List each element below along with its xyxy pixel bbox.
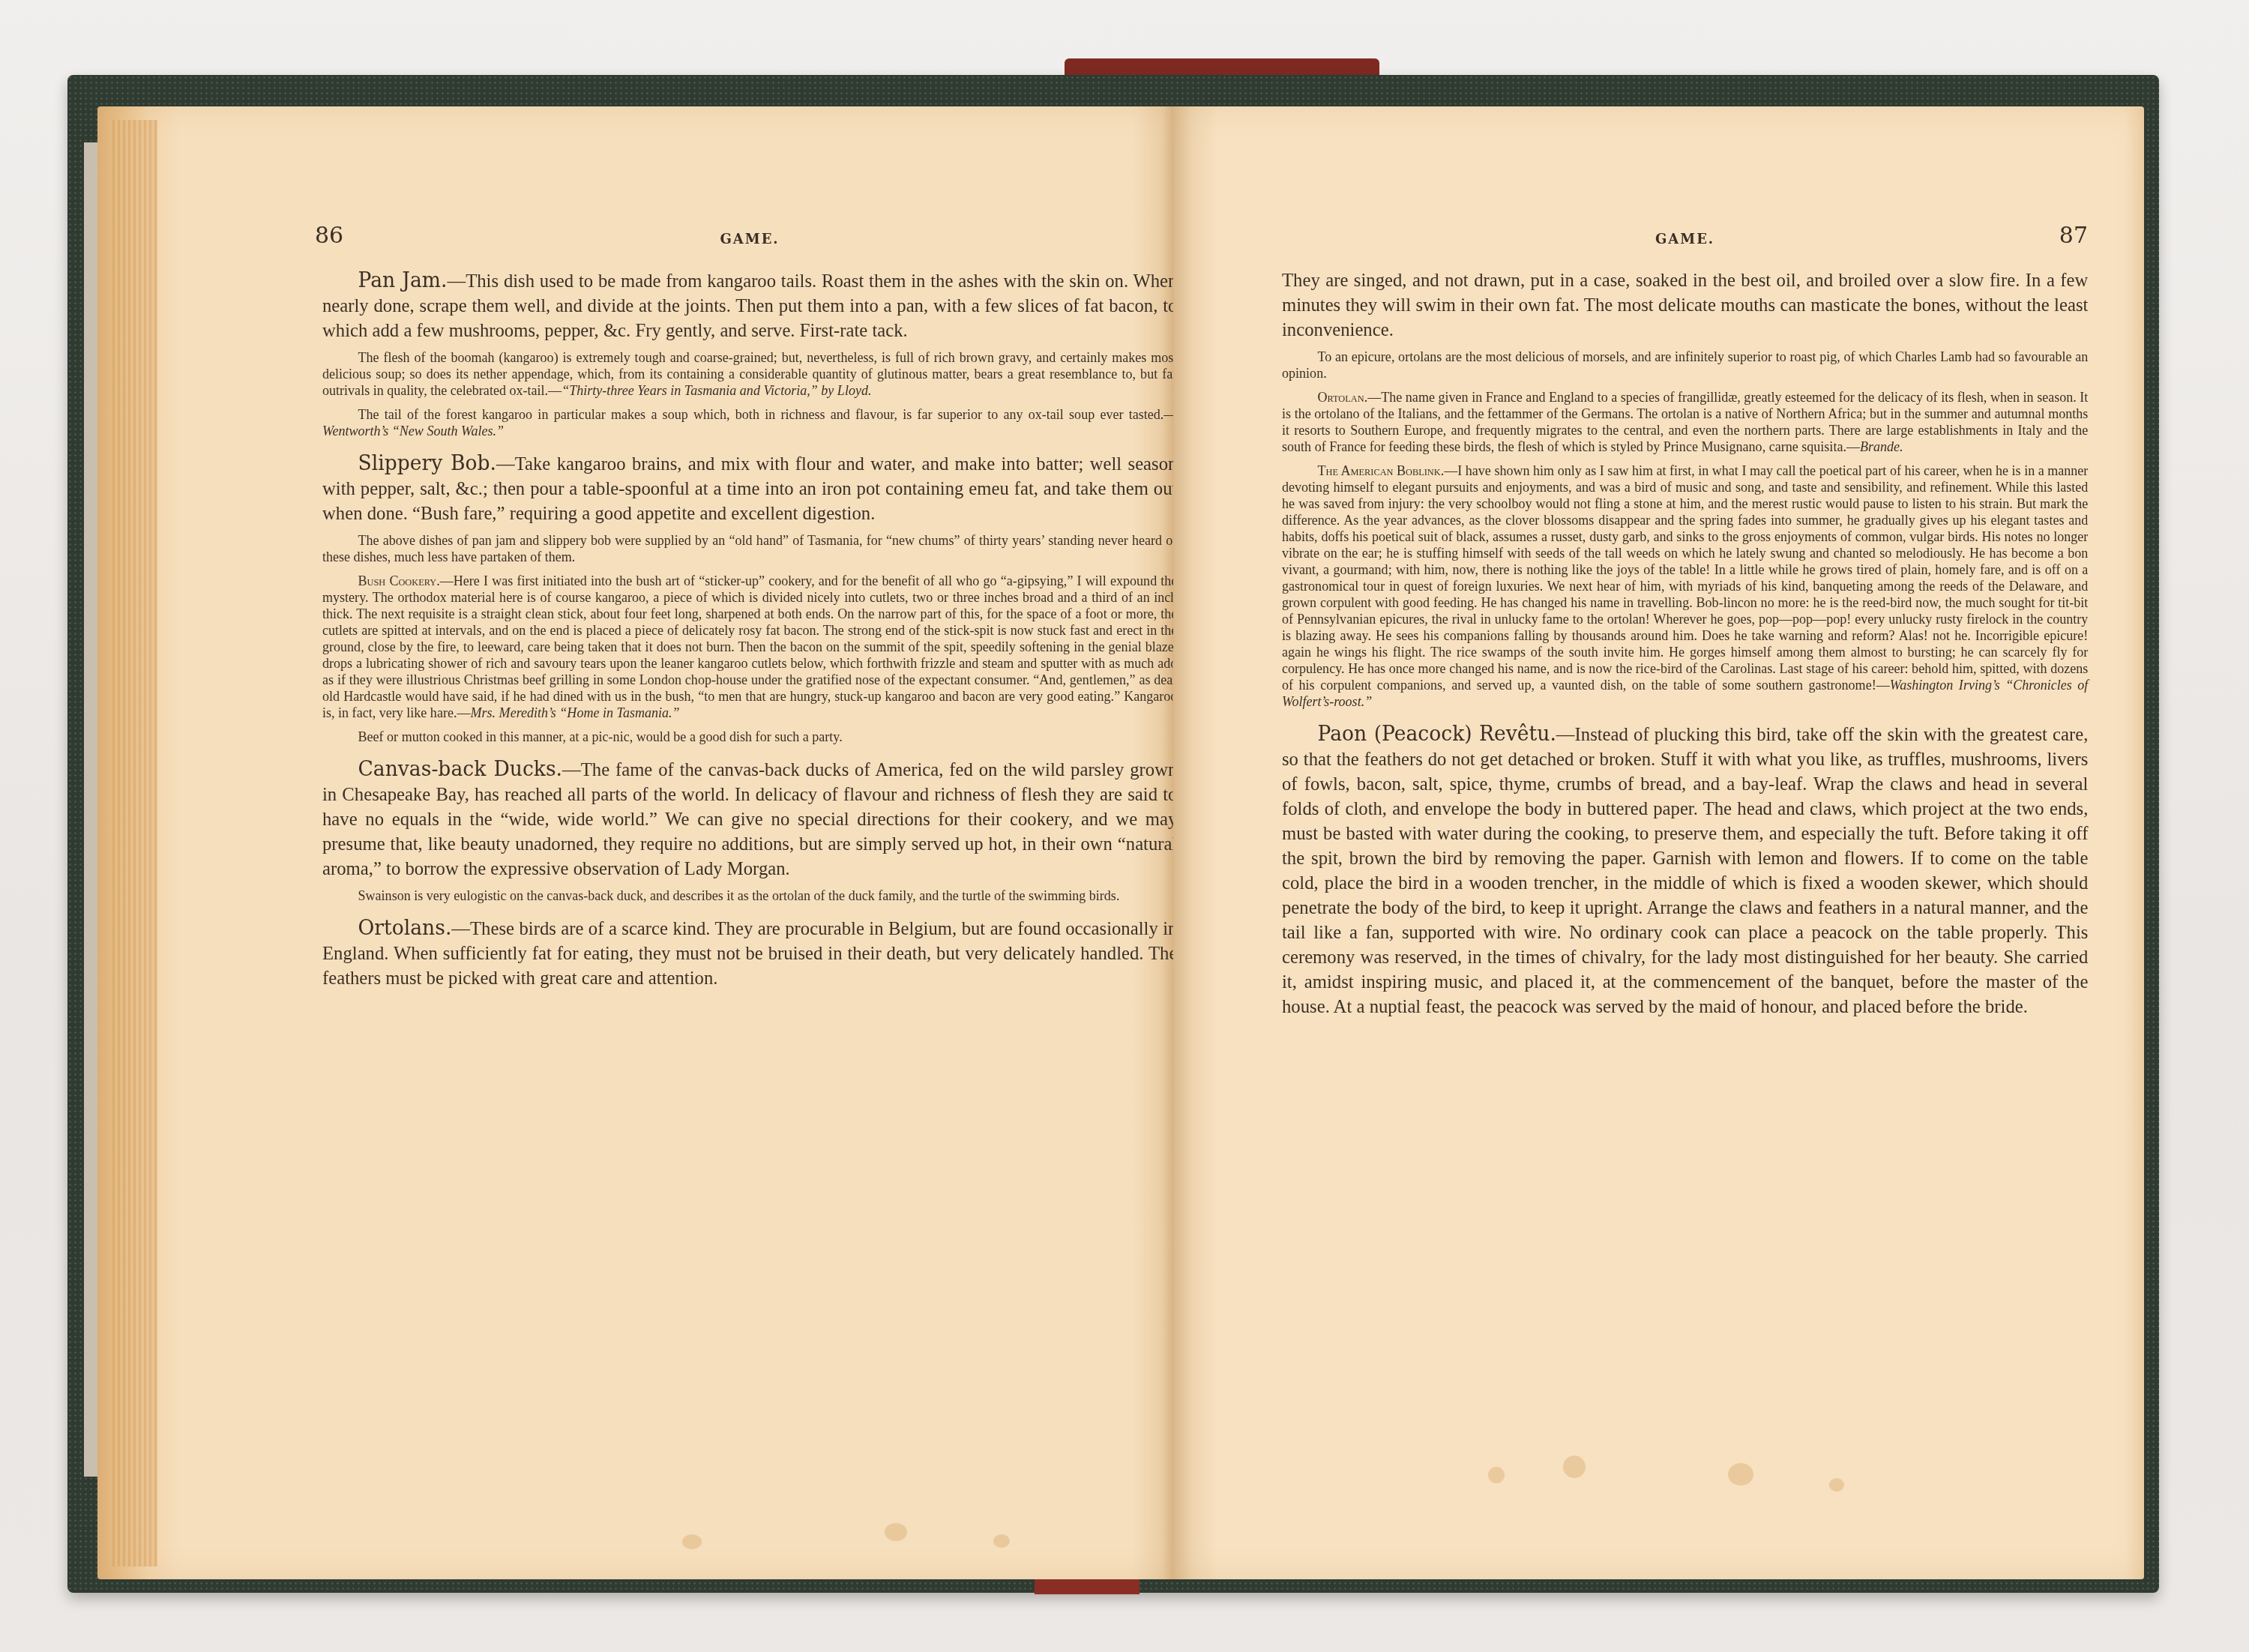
note-text: The above dishes of pan jam and slippery… — [322, 533, 1177, 565]
recipe-title: Canvas-back Ducks. — [358, 756, 563, 781]
recipe-paragraph: Slippery Bob.—Take kangaroo brains, and … — [322, 450, 1177, 525]
continued-paragraph: They are singed, and not drawn, put in a… — [1282, 268, 2088, 342]
note-citation: Mrs. Meredith’s “Home in Tasmania.” — [470, 705, 679, 721]
foxing-stain — [1829, 1478, 1844, 1492]
quoted-note: The above dishes of pan jam and slippery… — [322, 533, 1177, 566]
foxing-stain — [682, 1534, 702, 1549]
foxing-stain — [993, 1534, 1010, 1548]
left-page: 86 GAME. Pan Jam.—This dish used to be m… — [97, 106, 1173, 1579]
note-text: —The name given in France and England to… — [1282, 390, 2088, 455]
quoted-note: The American Boblink.—I have shown him o… — [1282, 463, 2088, 711]
note-text: Swainson is very eulogistic on the canva… — [358, 888, 1120, 904]
left-page-text: 86 GAME. Pan Jam.—This dish used to be m… — [322, 223, 1177, 990]
recipe-paragraph: Paon (Peacock) Revêtu.—Instead of plucki… — [1282, 721, 2088, 1019]
running-head: GAME. 87 — [1282, 223, 2088, 268]
recipe-title: Slippery Bob. — [358, 450, 496, 475]
left-page-blocks: Pan Jam.—This dish used to be made from … — [322, 268, 1177, 990]
recipe-title: Pan Jam. — [358, 268, 448, 292]
recipe-title: Paon (Peacock) Revêtu. — [1318, 721, 1556, 746]
note-lead: Bush Cookery. — [358, 573, 440, 589]
spine-tailband — [1035, 1578, 1139, 1594]
note-text: —Here I was first initiated into the bus… — [322, 573, 1177, 721]
recipe-paragraph: Canvas-back Ducks.—The fame of the canva… — [322, 756, 1177, 881]
note-text: The tail of the forest kangaroo in parti… — [358, 407, 1178, 423]
note-citation: Wentworth’s “New South Wales.” — [322, 423, 504, 439]
quoted-note: Swainson is very eulogistic on the canva… — [322, 888, 1177, 905]
note-text: To an epicure, ortolans are the most del… — [1282, 349, 2088, 382]
note-text: —I have shown him only as I saw him at f… — [1282, 463, 2088, 693]
right-page-text: GAME. 87 They are singed, and not drawn,… — [1282, 223, 2088, 1019]
right-page: GAME. 87 They are singed, and not drawn,… — [1173, 106, 2144, 1579]
page-stack-edge — [112, 120, 157, 1567]
running-head-title: GAME. — [322, 232, 1177, 247]
quoted-note: To an epicure, ortolans are the most del… — [1282, 349, 2088, 382]
note-lead: Ortolan. — [1318, 390, 1368, 406]
note-lead: The American Boblink. — [1318, 463, 1445, 479]
recipe-paragraph: Ortolans.—These birds are of a scarce ki… — [322, 915, 1177, 990]
foxing-stain — [885, 1523, 907, 1541]
recipe-paragraph: Pan Jam.—This dish used to be made from … — [322, 268, 1177, 343]
quoted-note: Beef or mutton cooked in this manner, at… — [322, 729, 1177, 746]
paragraph-text: They are singed, and not drawn, put in a… — [1282, 269, 2088, 340]
running-head-title: GAME. — [1282, 232, 2088, 247]
recipe-text: —Instead of plucking this bird, take off… — [1282, 723, 2088, 1017]
quoted-note: Ortolan.—The name given in France and En… — [1282, 390, 2088, 456]
running-head: 86 GAME. — [322, 223, 1177, 268]
recipe-title: Ortolans. — [358, 915, 452, 940]
right-page-blocks: They are singed, and not drawn, put in a… — [1282, 268, 2088, 1019]
recipe-text: —This dish used to be made from kangaroo… — [322, 270, 1177, 341]
note-citation: “Thirty-three Years in Tasmania and Vict… — [562, 383, 871, 399]
quoted-note: The flesh of the boomah (kangaroo) is ex… — [322, 350, 1177, 400]
foxing-stain — [1728, 1463, 1753, 1486]
recipe-text: —These birds are of a scarce kind. They … — [322, 917, 1177, 989]
note-text: Beef or mutton cooked in this manner, at… — [358, 729, 843, 745]
note-citation: Brande. — [1860, 439, 1903, 455]
foxing-stain — [1488, 1467, 1505, 1483]
page-number: 87 — [2059, 223, 2088, 249]
foxing-stain — [1563, 1456, 1586, 1478]
quoted-note: Bush Cookery.—Here I was first initiated… — [322, 573, 1177, 722]
quoted-note: The tail of the forest kangaroo in parti… — [322, 407, 1177, 440]
